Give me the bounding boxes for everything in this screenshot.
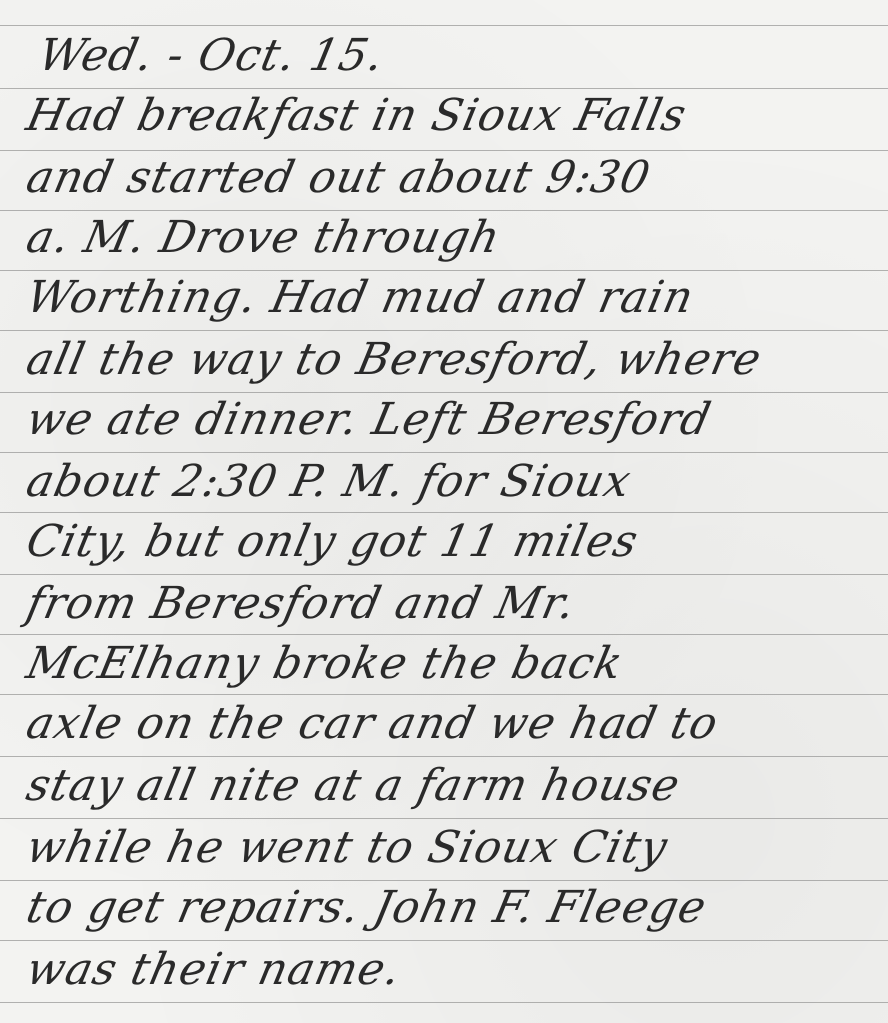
ruled-line bbox=[0, 694, 888, 695]
ruled-line bbox=[0, 330, 888, 331]
text-line: axle on the car and we had to bbox=[22, 698, 723, 749]
text-line: Had breakfast in Sioux Falls bbox=[22, 90, 691, 141]
ruled-line bbox=[0, 452, 888, 453]
text-line: about 2:30 P. M. for Sioux bbox=[22, 456, 636, 507]
text-line: while he went to Sioux City bbox=[22, 822, 672, 873]
ruled-line bbox=[0, 818, 888, 819]
ruled-line bbox=[0, 880, 888, 881]
ruled-line bbox=[0, 270, 888, 271]
ruled-line bbox=[0, 512, 888, 513]
text-line: was their name. bbox=[22, 944, 406, 995]
ruled-line bbox=[0, 756, 888, 757]
text-line: we ate dinner. Left Beresford bbox=[22, 394, 716, 445]
text-line: from Beresford and Mr. bbox=[22, 578, 580, 629]
text-line: and started out about 9:30 bbox=[22, 152, 655, 203]
text-line: stay all nite at a farm house bbox=[22, 760, 685, 811]
ruled-line bbox=[0, 25, 888, 26]
text-line: McElhany broke the back bbox=[22, 638, 628, 689]
diary-page: Wed. - Oct. 15. Had breakfast in Sioux F… bbox=[0, 0, 888, 1023]
text-line: all the way to Beresford, where bbox=[22, 334, 766, 385]
ruled-line bbox=[0, 1002, 888, 1003]
ruled-line bbox=[0, 150, 888, 151]
text-line: City, but only got 11 miles bbox=[22, 516, 643, 567]
text-line: to get repairs. John F. Fleege bbox=[22, 882, 711, 933]
ruled-line bbox=[0, 392, 888, 393]
text-line: Worthing. Had mud and rain bbox=[22, 272, 699, 323]
text-line: a. M. Drove through bbox=[22, 212, 505, 263]
ruled-line bbox=[0, 940, 888, 941]
ruled-line bbox=[0, 88, 888, 89]
date-heading: Wed. - Oct. 15. bbox=[34, 30, 389, 81]
ruled-line bbox=[0, 574, 888, 575]
ruled-line bbox=[0, 634, 888, 635]
ruled-line bbox=[0, 210, 888, 211]
